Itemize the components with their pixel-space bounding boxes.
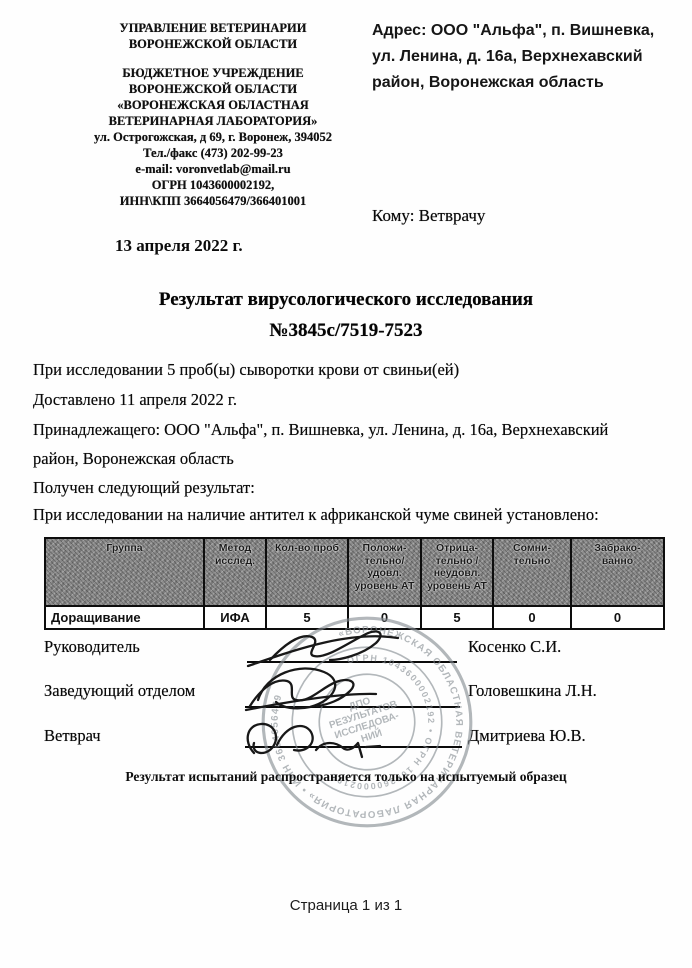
letterhead-phone-line: Тел./факс (473) 202-99-23: [62, 145, 364, 161]
table-cell-method: ИФА: [204, 606, 266, 629]
body-paragraph-delivered: Доставлено 11 апреля 2022 г.: [33, 385, 639, 414]
table-cell-group: Доращивание: [45, 606, 204, 629]
letterhead-address-line: ул. Острогожская, д 69, г. Воронеж, 3940…: [62, 129, 364, 145]
letterhead-ogrn-line: ОГРН 1043600002192,: [62, 177, 364, 193]
signature-line-vet: [245, 746, 462, 748]
signature-name-department-head: Головешкина Л.Н.: [468, 681, 597, 701]
results-table: Группа Метод исслед. Кол-во проб Положи-…: [44, 537, 665, 630]
stamp-outer-ring-text: «ВОРОНЕЖСКАЯ ОБЛАСТНАЯ ВЕТЕРИНАРНАЯ ЛАБО…: [244, 599, 489, 844]
stamp-center-line3: ИССЛЕДОВА-: [333, 710, 400, 741]
stamp-center-line1: ДПО: [348, 696, 373, 713]
signature-name-director: Косенко С.И.: [468, 637, 561, 657]
table-header-sample-count: Кол-во проб: [266, 538, 348, 606]
document-number: №3845с/7519-7523: [0, 315, 692, 346]
stamp-middle-circle: [273, 628, 461, 816]
table-cell-sample-count: 5: [266, 606, 348, 629]
signature-scribble-department-head: [250, 680, 353, 706]
body-paragraph-owner: Принадлежащего: ООО "Альфа", п. Вишневка…: [33, 415, 639, 473]
letterhead-inn-line: ИНН\КПП 3664056479/366401001: [62, 193, 364, 209]
table-header-doubtful: Сомни- тельно: [493, 538, 571, 606]
table-cell-doubtful: 0: [493, 606, 571, 629]
signature-scribble-department-head-loop: [258, 668, 335, 708]
table-header-positive: Положи- тельно/ удовл. уровень АТ: [348, 538, 421, 606]
recipient-address: Адрес: ООО "Альфа", п. Вишневка, ул. Лен…: [372, 18, 672, 96]
signature-scribble-director: [270, 631, 381, 660]
signature-line-department-head: [245, 706, 460, 708]
signature-name-vet: Дмитриева Ю.В.: [468, 726, 586, 746]
svg-text:«ВОРОНЕЖСКАЯ ОБЛАСТНАЯ ВЕТЕРИН: «ВОРОНЕЖСКАЯ ОБЛАСТНАЯ ВЕТЕРИНАРНАЯ ЛАБО…: [244, 599, 489, 844]
letterhead-authority: УПРАВЛЕНИЕ ВЕТЕРИНАРИИ ВОРОНЕЖСКОЙ ОБЛАС…: [62, 20, 364, 52]
signature-scribble-vet-o: [248, 724, 276, 753]
table-cell-positive: 0: [348, 606, 421, 629]
stamp-center-text: ДПО РЕЗУЛЬТАТОВ ИССЛЕДОВА- НИЙ: [324, 687, 408, 753]
document-date: 13 апреля 2022 г.: [115, 236, 243, 256]
stamp-inner-circle: [307, 662, 427, 782]
footer-note: Результат испытаний распространяется тол…: [0, 769, 692, 785]
body-paragraph-samples: При исследовании 5 проб(ы) сыворотки кро…: [33, 355, 639, 384]
letterhead-institution: БЮДЖЕТНОЕ УЧРЕЖДЕНИЕ ВОРОНЕЖСКОЙ ОБЛАСТИ…: [62, 65, 364, 129]
body-paragraph-test-description: При исследовании на наличие антител к аф…: [33, 502, 639, 528]
table-header-rejected: Забрако- ванно: [571, 538, 664, 606]
stamp-center-line4: НИЙ: [359, 727, 383, 745]
document-title-line1: Результат вирусологического исследования: [0, 284, 692, 315]
document-title: Результат вирусологического исследования…: [0, 284, 692, 346]
letterhead: УПРАВЛЕНИЕ ВЕТЕРИНАРИИ ВОРОНЕЖСКОЙ ОБЛАС…: [62, 20, 364, 209]
signature-role-director: Руководитель: [44, 637, 140, 657]
stamp-center-line2: РЕЗУЛЬТАТОВ: [328, 699, 399, 731]
table-cell-negative: 5: [421, 606, 493, 629]
page-indicator: Страница 1 из 1: [0, 897, 692, 914]
letterhead-gap: [62, 52, 364, 65]
table-cell-rejected: 0: [571, 606, 664, 629]
signature-role-vet: Ветврач: [44, 726, 101, 746]
body-paragraph-result-intro: Получен следующий результат:: [33, 473, 639, 502]
signature-role-department-head: Заведующий отделом: [44, 681, 195, 701]
stamp-outer-circle: [236, 591, 498, 853]
letterhead-email-line: e-mail: voronvetlab@mail.ru: [62, 161, 364, 177]
table-row: Доращивание ИФА 5 0 5 0 0: [45, 606, 664, 629]
table-header-negative: Отрица- тельно / неудовл. уровень АТ: [421, 538, 493, 606]
table-header-group: Группа: [45, 538, 204, 606]
table-header-method: Метод исслед.: [204, 538, 266, 606]
signature-line-director: [247, 661, 457, 663]
table-header-row: Группа Метод исслед. Кол-во проб Положи-…: [45, 538, 664, 606]
scanned-document-page: УПРАВЛЕНИЕ ВЕТЕРИНАРИИ ВОРОНЕЖСКОЙ ОБЛАС…: [0, 0, 692, 968]
recipient-to-line: Кому: Ветврачу: [372, 206, 485, 226]
